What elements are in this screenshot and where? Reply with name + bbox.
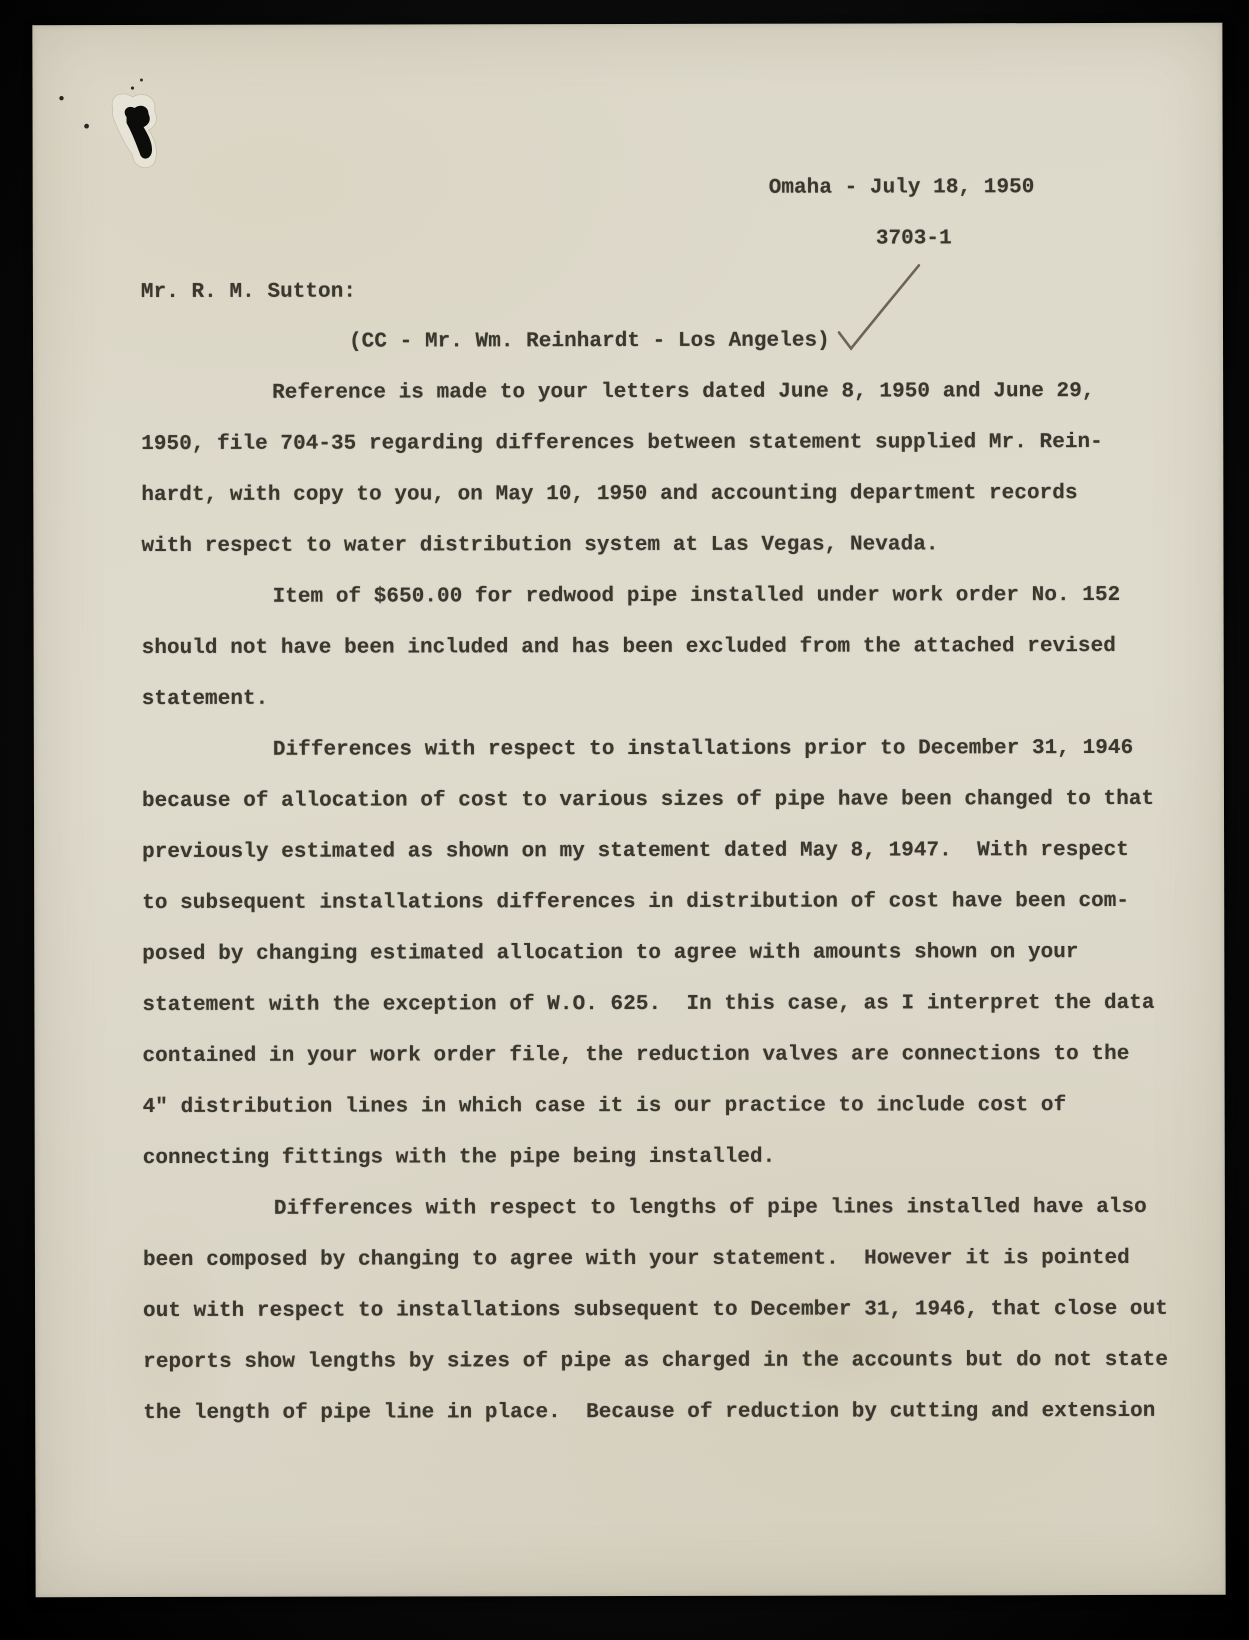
paragraph-4: Differences with respect to lengths of p… bbox=[143, 1182, 1204, 1439]
cc-line: (CC - Mr. Wm. Reinhardt - Los Angeles) bbox=[349, 331, 830, 353]
letter-page: Omaha - July 18, 1950 3703-1 Mr. R. M. S… bbox=[32, 23, 1225, 1597]
letter-body: Reference is made to your letters dated … bbox=[141, 366, 1203, 1439]
file-number: 3703-1 bbox=[876, 228, 952, 249]
dateline: Omaha - July 18, 1950 bbox=[769, 177, 1035, 199]
salutation: Mr. R. M. Sutton: bbox=[141, 282, 356, 303]
paragraph-1: Reference is made to your letters dated … bbox=[141, 366, 1201, 572]
paragraph-3: Differences with respect to installation… bbox=[142, 723, 1203, 1184]
paragraph-2: Item of $650.00 for redwood pipe install… bbox=[142, 570, 1202, 725]
scan-background: { "colors": { "background": "#0a0a0a", "… bbox=[0, 0, 1249, 1640]
torn-hole-icon bbox=[52, 55, 212, 205]
